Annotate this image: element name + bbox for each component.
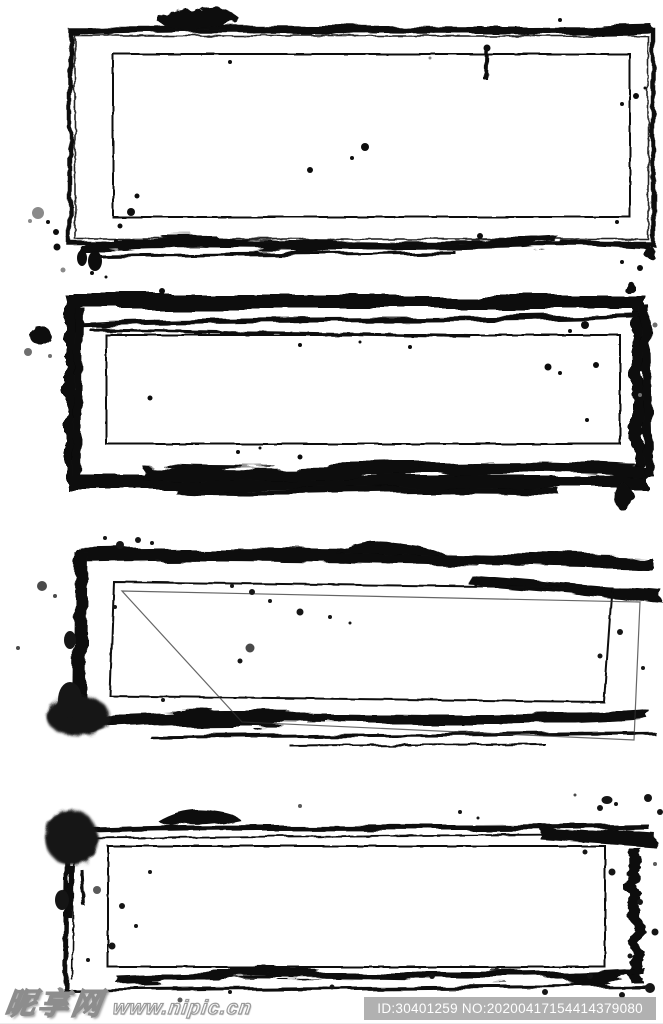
grunge-frames-artwork bbox=[0, 0, 663, 1024]
grunge-frame-3 bbox=[16, 536, 662, 804]
nipic-watermark: 昵享网 www.nipic.cn bbox=[3, 979, 256, 1023]
nipic-logo-text: 昵享网 bbox=[3, 979, 108, 1023]
image-id-badge: ID:30401259 NO:20200417154414379080 bbox=[364, 997, 656, 1020]
grunge-frame-2 bbox=[24, 271, 658, 511]
grunge-frame-4 bbox=[46, 794, 663, 1003]
nipic-site-url: www.nipic.cn bbox=[111, 997, 253, 1020]
grunge-frame-1 bbox=[28, 8, 655, 273]
